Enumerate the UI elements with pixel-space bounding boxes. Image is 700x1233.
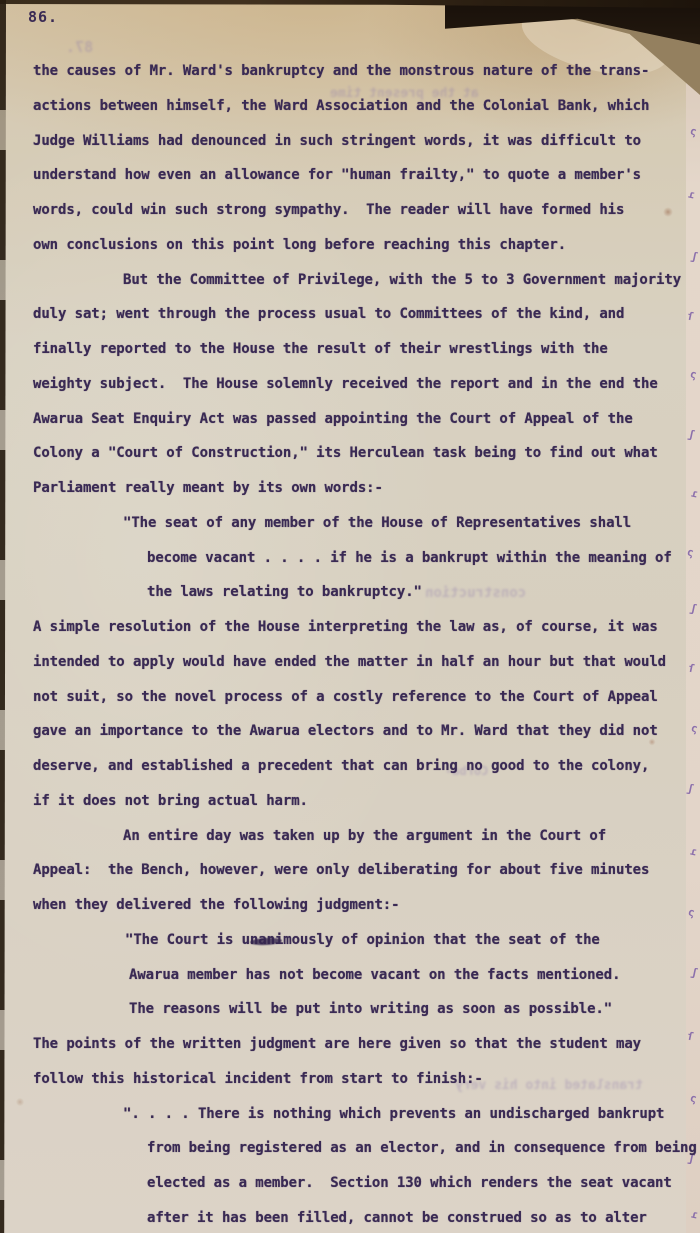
text-line: when they delivered the following judgme… (33, 888, 692, 923)
text-line: An entire day was taken up by the argume… (33, 819, 692, 854)
text-line: from being registered as an elector, and… (33, 1131, 692, 1166)
text-line: Awarua Seat Enquiry Act was passed appoi… (33, 402, 692, 437)
text-line: Awarua member has not become vacant on t… (33, 958, 692, 993)
text-line: Colony a "Court of Construction," its He… (33, 436, 692, 471)
text-line: "The Court is unanimously of opinion tha… (33, 923, 692, 958)
text-line: But the Committee of Privilege, with the… (33, 263, 692, 298)
text-line: words, could win such strong sympathy. T… (33, 193, 692, 228)
text-line: actions between himself, the Ward Associ… (33, 89, 692, 124)
top-edge-shadow (0, 0, 700, 8)
text-line: Judge Williams had denounced in such str… (33, 124, 692, 159)
text-line: not suit, so the novel process of a cost… (33, 680, 692, 715)
text-line: understand how even an allowance for "hu… (33, 158, 692, 193)
text-line: become vacant . . . . if he is a bankrup… (33, 541, 692, 576)
text-line: the laws relating to bankruptcy." (33, 575, 692, 610)
text-line: duly sat; went through the process usual… (33, 297, 692, 332)
text-line: the causes of Mr. Ward's bankruptcy and … (33, 54, 692, 89)
document-page: ʃςɾʃſςʃɾςʃſςʃɾςʃſςʃɾ 87.at the present t… (0, 0, 700, 1233)
text-line: if it does not bring actual harm. (33, 784, 692, 819)
text-line: own conclusions on this point long befor… (33, 228, 692, 263)
text-line: weighty subject. The House solemnly rece… (33, 367, 692, 402)
text-line: The points of the written judgment are h… (33, 1027, 692, 1062)
text-line: Parliament really meant by its own words… (33, 471, 692, 506)
text-line: deserve, and established a precedent tha… (33, 749, 692, 784)
text-line: intended to apply would have ended the m… (33, 645, 692, 680)
text-line: ". . . . There is nothing which prevents… (33, 1097, 692, 1132)
text-line: The reasons will be put into writing as … (33, 992, 692, 1027)
text-line: after it has been filled, cannot be cons… (33, 1201, 692, 1233)
left-edge-shadow (0, 0, 6, 1233)
page-number: 86. (28, 8, 58, 26)
text-line: finally reported to the House the result… (33, 332, 692, 367)
text-line: Appeal: the Bench, however, were only de… (33, 853, 692, 888)
text-line: follow this historical incident from sta… (33, 1062, 692, 1097)
typewritten-text: the causes of Mr. Ward's bankruptcy and … (33, 54, 692, 1233)
text-line: A simple resolution of the House interpr… (33, 610, 692, 645)
text-line: "The seat of any member of the House of … (33, 506, 692, 541)
text-line: gave an importance to the Awarua elector… (33, 714, 692, 749)
text-line: elected as a member. Section 130 which r… (33, 1166, 692, 1201)
